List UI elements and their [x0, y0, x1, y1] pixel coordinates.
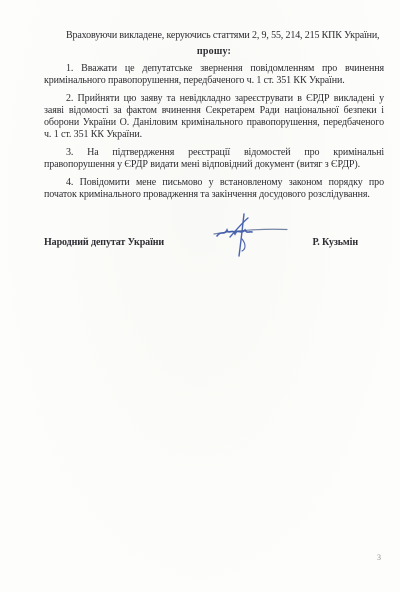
request-item-3: 3. На підтвердження реєстрації відомосте…	[44, 147, 384, 171]
page-number: 3	[377, 553, 381, 562]
signatory-title: Народний депутат України	[44, 237, 164, 248]
document-page: Враховуючи викладене, керуючись статтями…	[0, 0, 400, 592]
signatory-name: Р. Кузьмін	[312, 237, 358, 248]
document-body: Враховуючи викладене, керуючись статтями…	[44, 30, 384, 265]
request-item-2: 2. Прийняти цю заяву та невідкладно заре…	[44, 93, 384, 141]
request-item-4: 4. Повідомити мене письмово у встановлен…	[44, 177, 384, 201]
signature-icon	[204, 211, 290, 259]
request-item-1: 1. Вважати це депутатське звернення пові…	[44, 63, 384, 87]
signature-ink-strokes	[217, 214, 252, 256]
request-heading: прошу:	[44, 46, 384, 58]
signature-block: Народний депутат України Р. Кузьмін	[44, 213, 384, 265]
intro-paragraph: Враховуючи викладене, керуючись статтями…	[44, 30, 384, 42]
